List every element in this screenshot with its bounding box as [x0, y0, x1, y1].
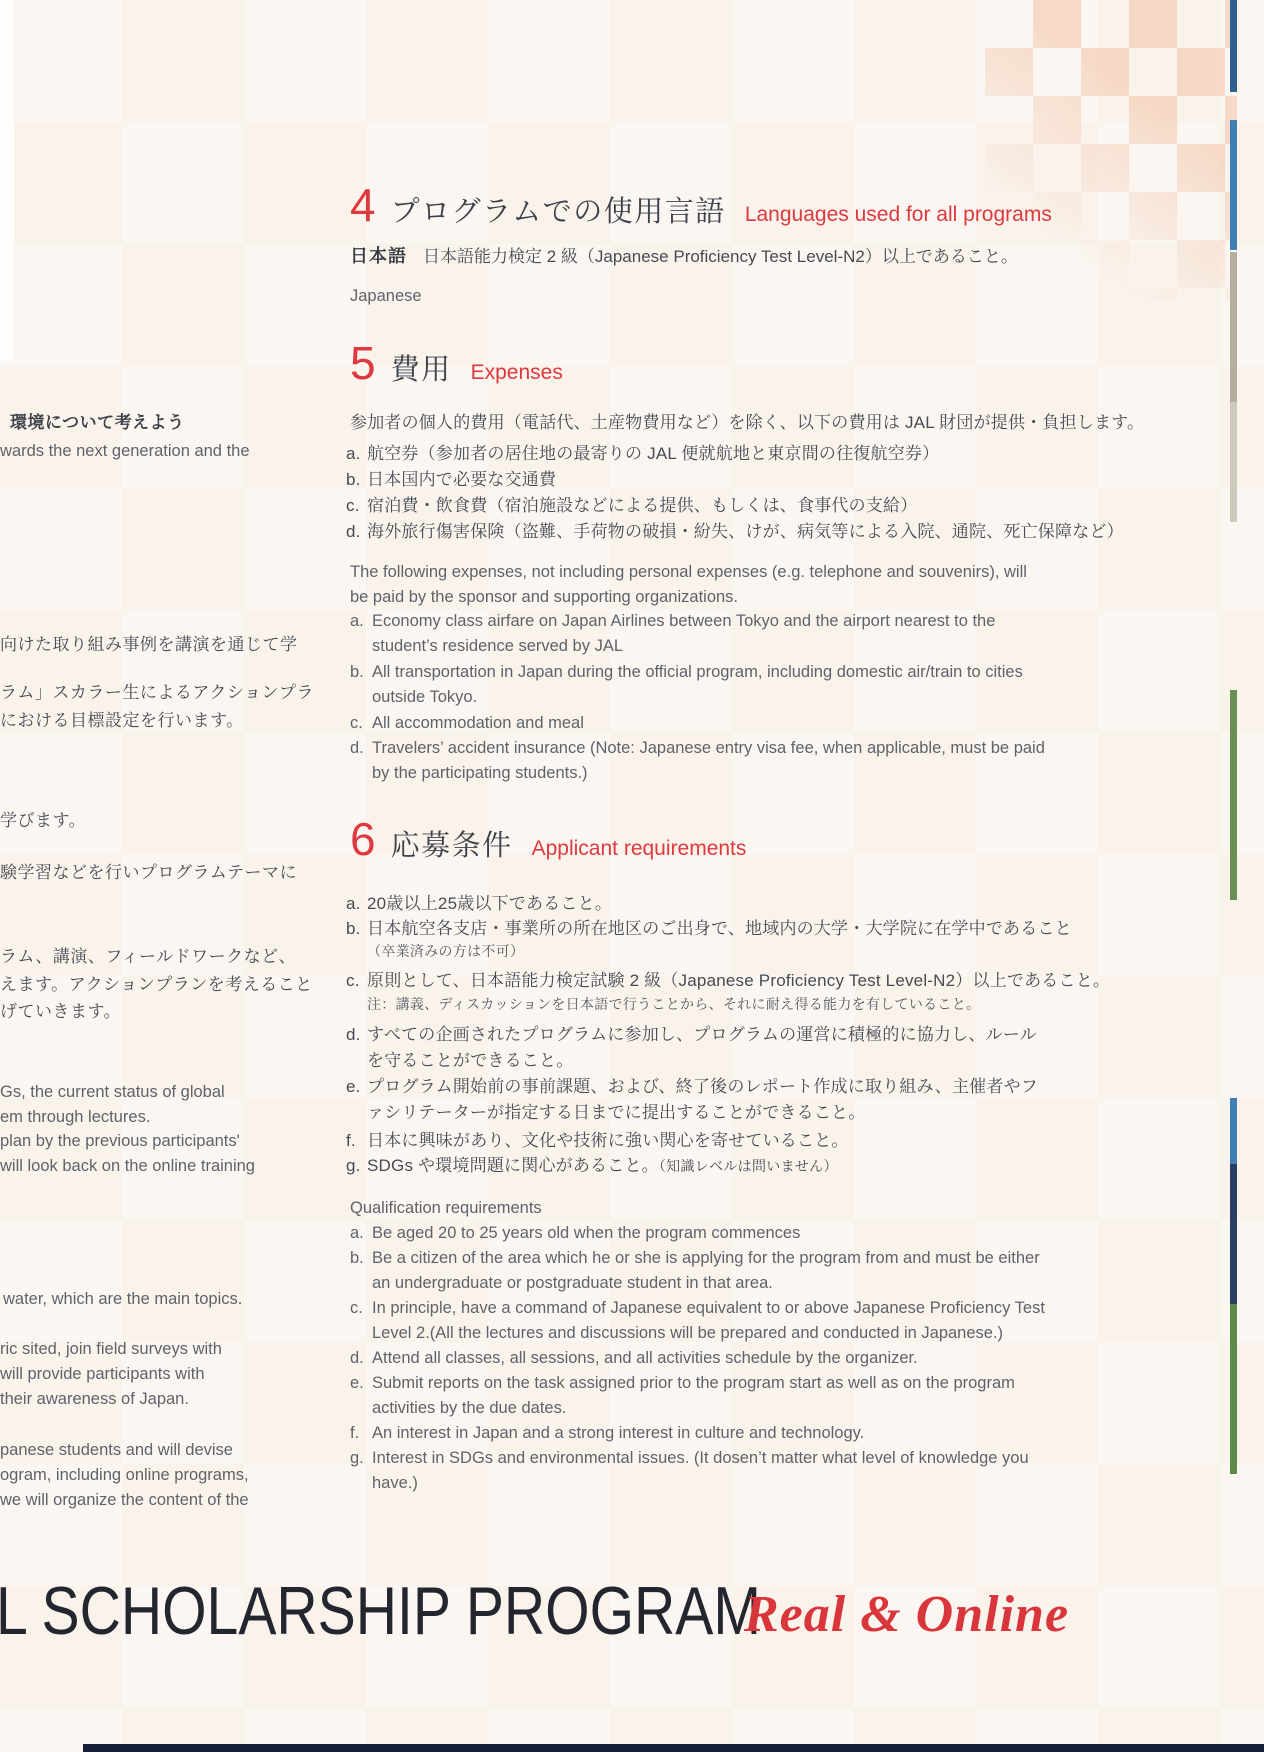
qualification-item-en: c.In principle, have a command of Japane…	[346, 1296, 1052, 1346]
left-column-fragment: 向けた取り組み事例を講演を通じて学	[0, 630, 298, 655]
left-column-fragment: における目標設定を行います。	[0, 706, 244, 731]
left-column-fragment: ogram, including online programs,	[0, 1466, 249, 1485]
left-column-fragment: wards the next generation and the	[0, 442, 250, 461]
left-column-fragment: water, which are the main topics.	[3, 1290, 242, 1309]
language-requirement-text: 日本語能力検定 2 級（Japanese Proficiency Test Le…	[423, 247, 1018, 266]
requirement-item-ja: b.日本航空各支店・事業所の所在地区のご出身で、地域内の大学・大学院に在学中であ…	[346, 916, 1072, 942]
expenses-intro-ja: 参加者の個人的費用（電話代、土産物費用など）を除く、以下の費用は JAL 財団が…	[350, 410, 1144, 436]
photo-edge-strip	[1230, 1304, 1237, 1474]
qualification-item-en: d.Attend all classes, all sessions, and …	[346, 1346, 918, 1371]
expense-item-en: a.Economy class airfare on Japan Airline…	[346, 609, 1052, 659]
photo-edge-strip	[1230, 1164, 1237, 1304]
left-column-fragment: 環境について考えよう	[10, 408, 185, 433]
left-column-fragment: will look back on the online training	[0, 1157, 255, 1176]
section-number: 5	[350, 340, 376, 386]
brochure-page: 環境について考えよう wards the next generation and…	[0, 0, 1264, 1752]
section-title-ja: 応募条件	[391, 823, 513, 864]
requirement-note: （卒業済みの方は不可）	[367, 941, 524, 961]
requirement-note: 注：講義、ディスカッションを日本語で行うことから、それに耐え得る能力を有している…	[367, 994, 980, 1014]
requirement-item-ja: g.SDGs や環境問題に関心があること。（知識レベルは問いません）	[346, 1153, 838, 1179]
qualification-item-en: a.Be aged 20 to 25 years old when the pr…	[346, 1221, 800, 1246]
photo-edge-strip	[1230, 252, 1237, 402]
expense-item-ja: d.海外旅行傷害保険（盗難、手荷物の破損・紛失、けが、病気等による入院、通院、死…	[346, 519, 1124, 545]
requirement-note-inline: （知識レベルは問いません）	[659, 1158, 838, 1174]
left-column-fragment: panese students and will devise	[0, 1441, 233, 1460]
requirement-item-ja: a.20歳以上25歳以下であること。	[346, 891, 612, 917]
left-column-fragment: Gs, the current status of global	[0, 1083, 225, 1102]
section-title-ja: プログラムでの使用言語	[391, 189, 726, 230]
section-title-ja: 費用	[391, 347, 452, 388]
qualification-item-en: b.Be a citizen of the area which he or s…	[346, 1246, 1052, 1296]
section-title-en: Applicant requirements	[532, 837, 747, 861]
requirement-item-ja: d.すべての企画されたプログラムに参加し、プログラムの運営に積極的に協力し、ルー…	[346, 1022, 1052, 1074]
left-column-fragment: ric sited, join field surveys with	[0, 1340, 222, 1359]
left-column-fragment: げていきます。	[0, 997, 121, 1022]
left-column-fragment: we will organize the content of the	[0, 1491, 249, 1510]
expense-item-ja: b.日本国内で必要な交通費	[346, 467, 556, 493]
left-column-fragment: em through lectures.	[0, 1108, 150, 1127]
section-5-heading: 5 費用 Expenses	[350, 340, 563, 388]
expense-item-en: d.Travelers’ accident insurance (Note: J…	[346, 736, 1052, 786]
requirement-item-ja: f.日本に興味があり、文化や技術に強い関心を寄せていること。	[346, 1128, 849, 1154]
language-english: Japanese	[350, 284, 422, 309]
left-column-fragment: will provide participants with	[0, 1365, 205, 1384]
requirement-item-ja: e.プログラム開始前の事前課題、および、終了後のレポート作成に取り組み、主催者や…	[346, 1074, 1052, 1126]
photo-edge-strip	[1230, 1098, 1237, 1164]
photo-edge-strip	[1230, 402, 1237, 522]
left-column-fragment: ラム」スカラー生によるアクションプラ	[0, 678, 314, 703]
section-4-heading: 4 プログラムでの使用言語 Languages used for all pro…	[350, 182, 1052, 230]
expense-item-ja: c.宿泊費・飲食費（宿泊施設などによる提供、もしくは、食事代の支給）	[346, 493, 917, 519]
left-column-fragment: plan by the previous participants'	[0, 1132, 240, 1151]
section-number: 6	[350, 816, 376, 862]
left-column-fragment: 学びます。	[0, 806, 86, 831]
section-title-en: Languages used for all programs	[745, 203, 1052, 227]
expense-item-en: b.All transportation in Japan during the…	[346, 660, 1052, 710]
footer-bar	[83, 1744, 1264, 1752]
requirement-item-ja: c.原則として、日本語能力検定試験 2 級（Japanese Proficien…	[346, 968, 1110, 994]
photo-edge-strip	[1230, 690, 1237, 900]
expense-item-en: c.All accommodation and meal	[346, 711, 584, 736]
qualification-heading: Qualification requirements	[350, 1196, 542, 1221]
language-label: 日本語	[350, 246, 407, 266]
expense-item-ja: a.航空券（参加者の居住地の最寄りの JAL 便就航地と東京間の往復航空券）	[346, 441, 939, 467]
photo-edge-strip	[1230, 0, 1237, 92]
left-column-fragment: ラム、講演、フィールドワークなど、	[0, 942, 296, 967]
qualification-item-en: f.An interest in Japan and a strong inte…	[346, 1421, 864, 1446]
left-column-fragment: 験学習などを行いプログラムテーマに	[0, 858, 297, 883]
qualification-item-en: e.Submit reports on the task assigned pr…	[346, 1371, 1052, 1421]
qualification-item-en: g.Interest in SDGs and environmental iss…	[346, 1446, 1052, 1496]
expenses-intro-en: The following expenses, not including pe…	[350, 560, 1042, 610]
section-number: 4	[350, 182, 376, 228]
page-edge	[0, 0, 14, 360]
footer-tagline: Real & Online	[744, 1589, 1069, 1641]
left-column-fragment: their awareness of Japan.	[0, 1390, 189, 1409]
section-title-en: Expenses	[471, 361, 563, 385]
main-column: 4 プログラムでの使用言語 Languages used for all pro…	[346, 0, 1052, 1752]
photo-edge-strip	[1230, 120, 1237, 250]
footer-program-title: L SCHOLARSHIP PROGRAM	[0, 1577, 761, 1645]
left-column-fragment: えます。アクションプランを考えること	[0, 970, 313, 995]
section-6-heading: 6 応募条件 Applicant requirements	[350, 816, 746, 864]
language-requirement-row: 日本語日本語能力検定 2 級（Japanese Proficiency Test…	[350, 242, 1018, 268]
